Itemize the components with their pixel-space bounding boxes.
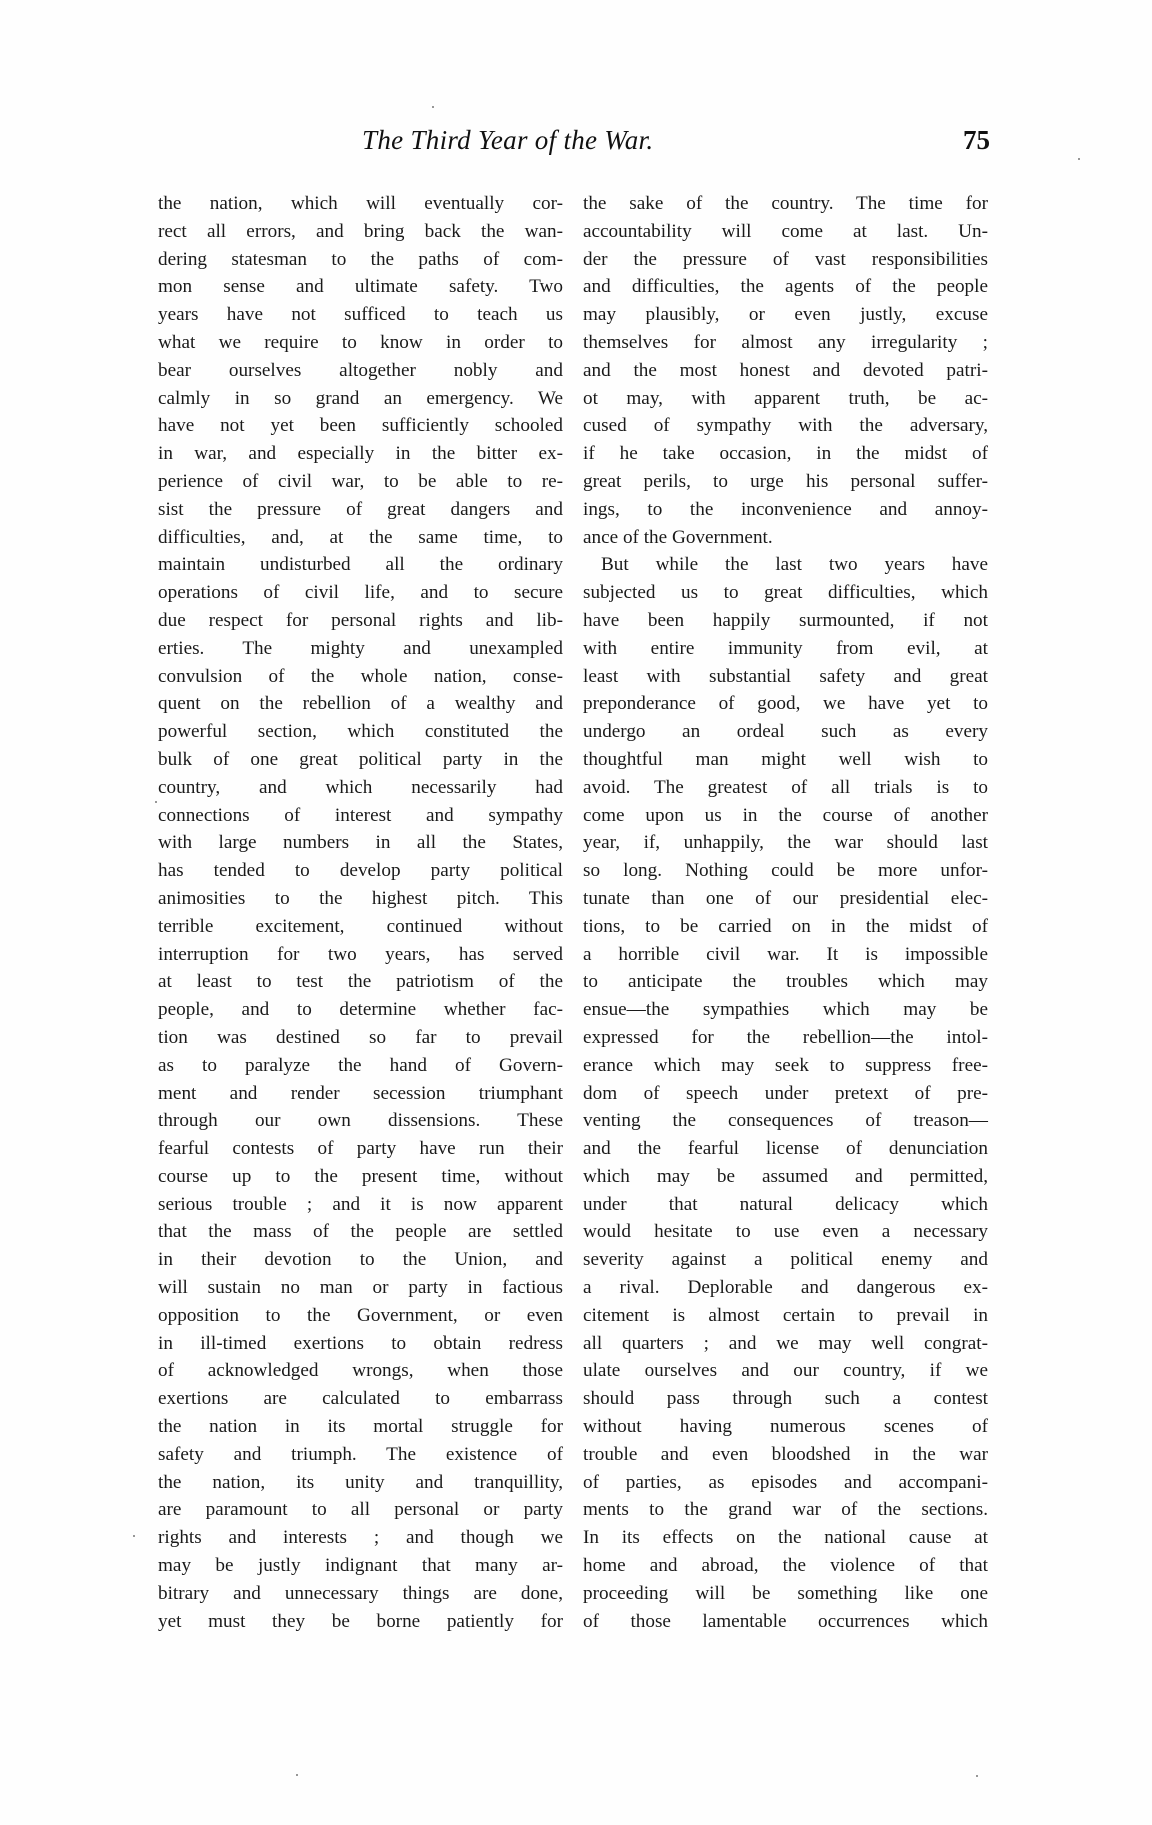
text-line: that the mass of the people are settled <box>158 1218 563 1246</box>
text-line: with large numbers in all the States, <box>158 829 563 857</box>
text-line: In its effects on the national cause at <box>583 1524 988 1552</box>
text-line: at least to test the patriotism of the <box>158 968 563 996</box>
text-line: under that natural delicacy which <box>583 1191 988 1219</box>
text-line: may plausibly, or even justly, excuse <box>583 301 988 329</box>
text-line: home and abroad, the violence of that <box>583 1552 988 1580</box>
text-line: fearful contests of party have run their <box>158 1135 563 1163</box>
text-line: and difficulties, the agents of the peop… <box>583 273 988 301</box>
text-line: erance which may seek to suppress free- <box>583 1052 988 1080</box>
text-line: are paramount to all personal or party <box>158 1496 563 1524</box>
text-line: ulate ourselves and our country, if we <box>583 1357 988 1385</box>
text-line: powerful section, which constituted the <box>158 718 563 746</box>
text-line: due respect for personal rights and lib- <box>158 607 563 635</box>
text-line: perience of civil war, to be able to re- <box>158 468 563 496</box>
text-line: the sake of the country. The time for <box>583 190 988 218</box>
text-line: But while the last two years have <box>583 551 988 579</box>
text-line: would hesitate to use even a necessary <box>583 1218 988 1246</box>
text-line: a horrible civil war. It is impossible <box>583 941 988 969</box>
scan-speck <box>1078 158 1080 160</box>
text-line: venting the consequences of treason— <box>583 1107 988 1135</box>
text-line: thoughtful man might well wish to <box>583 746 988 774</box>
left-text-column: the nation, which will eventually cor-re… <box>158 190 563 1635</box>
text-line: tunate than one of our presidential elec… <box>583 885 988 913</box>
text-line: avoid. The greatest of all trials is to <box>583 774 988 802</box>
text-line: ance of the Government. <box>583 524 988 552</box>
text-line: convulsion of the whole nation, conse- <box>158 663 563 691</box>
text-line: themselves for almost any irregularity ; <box>583 329 988 357</box>
text-line: bitrary and unnecessary things are done, <box>158 1580 563 1608</box>
scan-speck <box>976 1775 978 1777</box>
text-line: maintain undisturbed all the ordinary <box>158 551 563 579</box>
text-line: yet must they be borne patiently for <box>158 1608 563 1636</box>
right-text-column: the sake of the country. The time foracc… <box>583 190 988 1635</box>
text-line: of those lamentable occurrences which <box>583 1608 988 1636</box>
text-line: interruption for two years, has served <box>158 941 563 969</box>
text-line: ings, to the inconvenience and annoy- <box>583 496 988 524</box>
text-line: the nation in its mortal struggle for <box>158 1413 563 1441</box>
text-line: serious trouble ; and it is now apparent <box>158 1191 563 1219</box>
text-line: calmly in so grand an emergency. We <box>158 385 563 413</box>
text-line: may be justly indignant that many ar- <box>158 1552 563 1580</box>
text-line: of acknowledged wrongs, when those <box>158 1357 563 1385</box>
text-line: people, and to determine whether fac- <box>158 996 563 1024</box>
text-line: have not yet been sufficiently schooled <box>158 412 563 440</box>
text-line: severity against a political enemy and <box>583 1246 988 1274</box>
text-line: will sustain no man or party in factious <box>158 1274 563 1302</box>
text-line: rect all errors, and bring back the wan- <box>158 218 563 246</box>
text-line: ot may, with apparent truth, be ac- <box>583 385 988 413</box>
text-line: citement is almost certain to prevail in <box>583 1302 988 1330</box>
text-line: subjected us to great difficulties, whic… <box>583 579 988 607</box>
text-line: year, if, unhappily, the war should last <box>583 829 988 857</box>
text-line: preponderance of good, we have yet to <box>583 690 988 718</box>
scan-speck <box>133 1535 135 1537</box>
text-line: so long. Nothing could be more unfor- <box>583 857 988 885</box>
text-line: great perils, to urge his personal suffe… <box>583 468 988 496</box>
scan-speck <box>296 1774 298 1776</box>
text-line: of parties, as episodes and accompani- <box>583 1469 988 1497</box>
text-line: bear ourselves altogether nobly and <box>158 357 563 385</box>
text-line: to anticipate the troubles which may <box>583 968 988 996</box>
text-line: difficulties, and, at the same time, to <box>158 524 563 552</box>
text-line: the nation, its unity and tranquillity, <box>158 1469 563 1497</box>
text-line: der the pressure of vast responsibilitie… <box>583 246 988 274</box>
text-line: terrible excitement, continued without <box>158 913 563 941</box>
text-line: through our own dissensions. These <box>158 1107 563 1135</box>
text-line: animosities to the highest pitch. This <box>158 885 563 913</box>
text-line: a rival. Deplorable and dangerous ex- <box>583 1274 988 1302</box>
text-line: and the fearful license of denunciation <box>583 1135 988 1163</box>
text-line: the nation, which will eventually cor- <box>158 190 563 218</box>
text-line: country, and which necessarily had <box>158 774 563 802</box>
text-line: and the most honest and devoted patri- <box>583 357 988 385</box>
text-line: in ill-timed exertions to obtain redress <box>158 1330 563 1358</box>
text-line: least with substantial safety and great <box>583 663 988 691</box>
running-title: The Third Year of the War. <box>362 125 653 156</box>
text-line: all quarters ; and we may well congrat- <box>583 1330 988 1358</box>
text-line: bulk of one great political party in the <box>158 746 563 774</box>
text-line: quent on the rebellion of a wealthy and <box>158 690 563 718</box>
text-line: with entire immunity from evil, at <box>583 635 988 663</box>
page-number: 75 <box>963 125 990 156</box>
text-line: tion was destined so far to prevail <box>158 1024 563 1052</box>
text-line: in their devotion to the Union, and <box>158 1246 563 1274</box>
scan-speck <box>155 801 157 803</box>
text-line: without having numerous scenes of <box>583 1413 988 1441</box>
text-line: dering statesman to the paths of com- <box>158 246 563 274</box>
text-line: ment and render secession triumphant <box>158 1080 563 1108</box>
text-line: as to paralyze the hand of Govern- <box>158 1052 563 1080</box>
text-line: ensue—the sympathies which may be <box>583 996 988 1024</box>
text-line: in war, and especially in the bitter ex- <box>158 440 563 468</box>
text-line: dom of speech under pretext of pre- <box>583 1080 988 1108</box>
text-line: operations of civil life, and to secure <box>158 579 563 607</box>
text-line: if he take occasion, in the midst of <box>583 440 988 468</box>
book-page: The Third Year of the War. 75 the nation… <box>0 0 1152 1825</box>
text-line: exertions are calculated to embarrass <box>158 1385 563 1413</box>
text-line: course up to the present time, without <box>158 1163 563 1191</box>
text-line: what we require to know in order to <box>158 329 563 357</box>
text-line: connections of interest and sympathy <box>158 802 563 830</box>
text-line: mon sense and ultimate safety. Two <box>158 273 563 301</box>
text-line: opposition to the Government, or even <box>158 1302 563 1330</box>
text-line: trouble and even bloodshed in the war <box>583 1441 988 1469</box>
text-line: rights and interests ; and though we <box>158 1524 563 1552</box>
text-line: should pass through such a contest <box>583 1385 988 1413</box>
text-line: expressed for the rebellion—the intol- <box>583 1024 988 1052</box>
text-line: proceeding will be something like one <box>583 1580 988 1608</box>
text-line: erties. The mighty and unexampled <box>158 635 563 663</box>
text-line: come upon us in the course of another <box>583 802 988 830</box>
text-line: safety and triumph. The existence of <box>158 1441 563 1469</box>
text-line: ments to the grand war of the sections. <box>583 1496 988 1524</box>
text-line: cused of sympathy with the adversary, <box>583 412 988 440</box>
text-line: has tended to develop party political <box>158 857 563 885</box>
text-line: have been happily surmounted, if not <box>583 607 988 635</box>
text-line: years have not sufficed to teach us <box>158 301 563 329</box>
text-line: accountability will come at last. Un- <box>583 218 988 246</box>
text-line: sist the pressure of great dangers and <box>158 496 563 524</box>
scan-speck <box>432 106 434 108</box>
running-header: The Third Year of the War. 75 <box>150 125 990 165</box>
text-line: which may be assumed and permitted, <box>583 1163 988 1191</box>
text-line: undergo an ordeal such as every <box>583 718 988 746</box>
text-line: tions, to be carried on in the midst of <box>583 913 988 941</box>
